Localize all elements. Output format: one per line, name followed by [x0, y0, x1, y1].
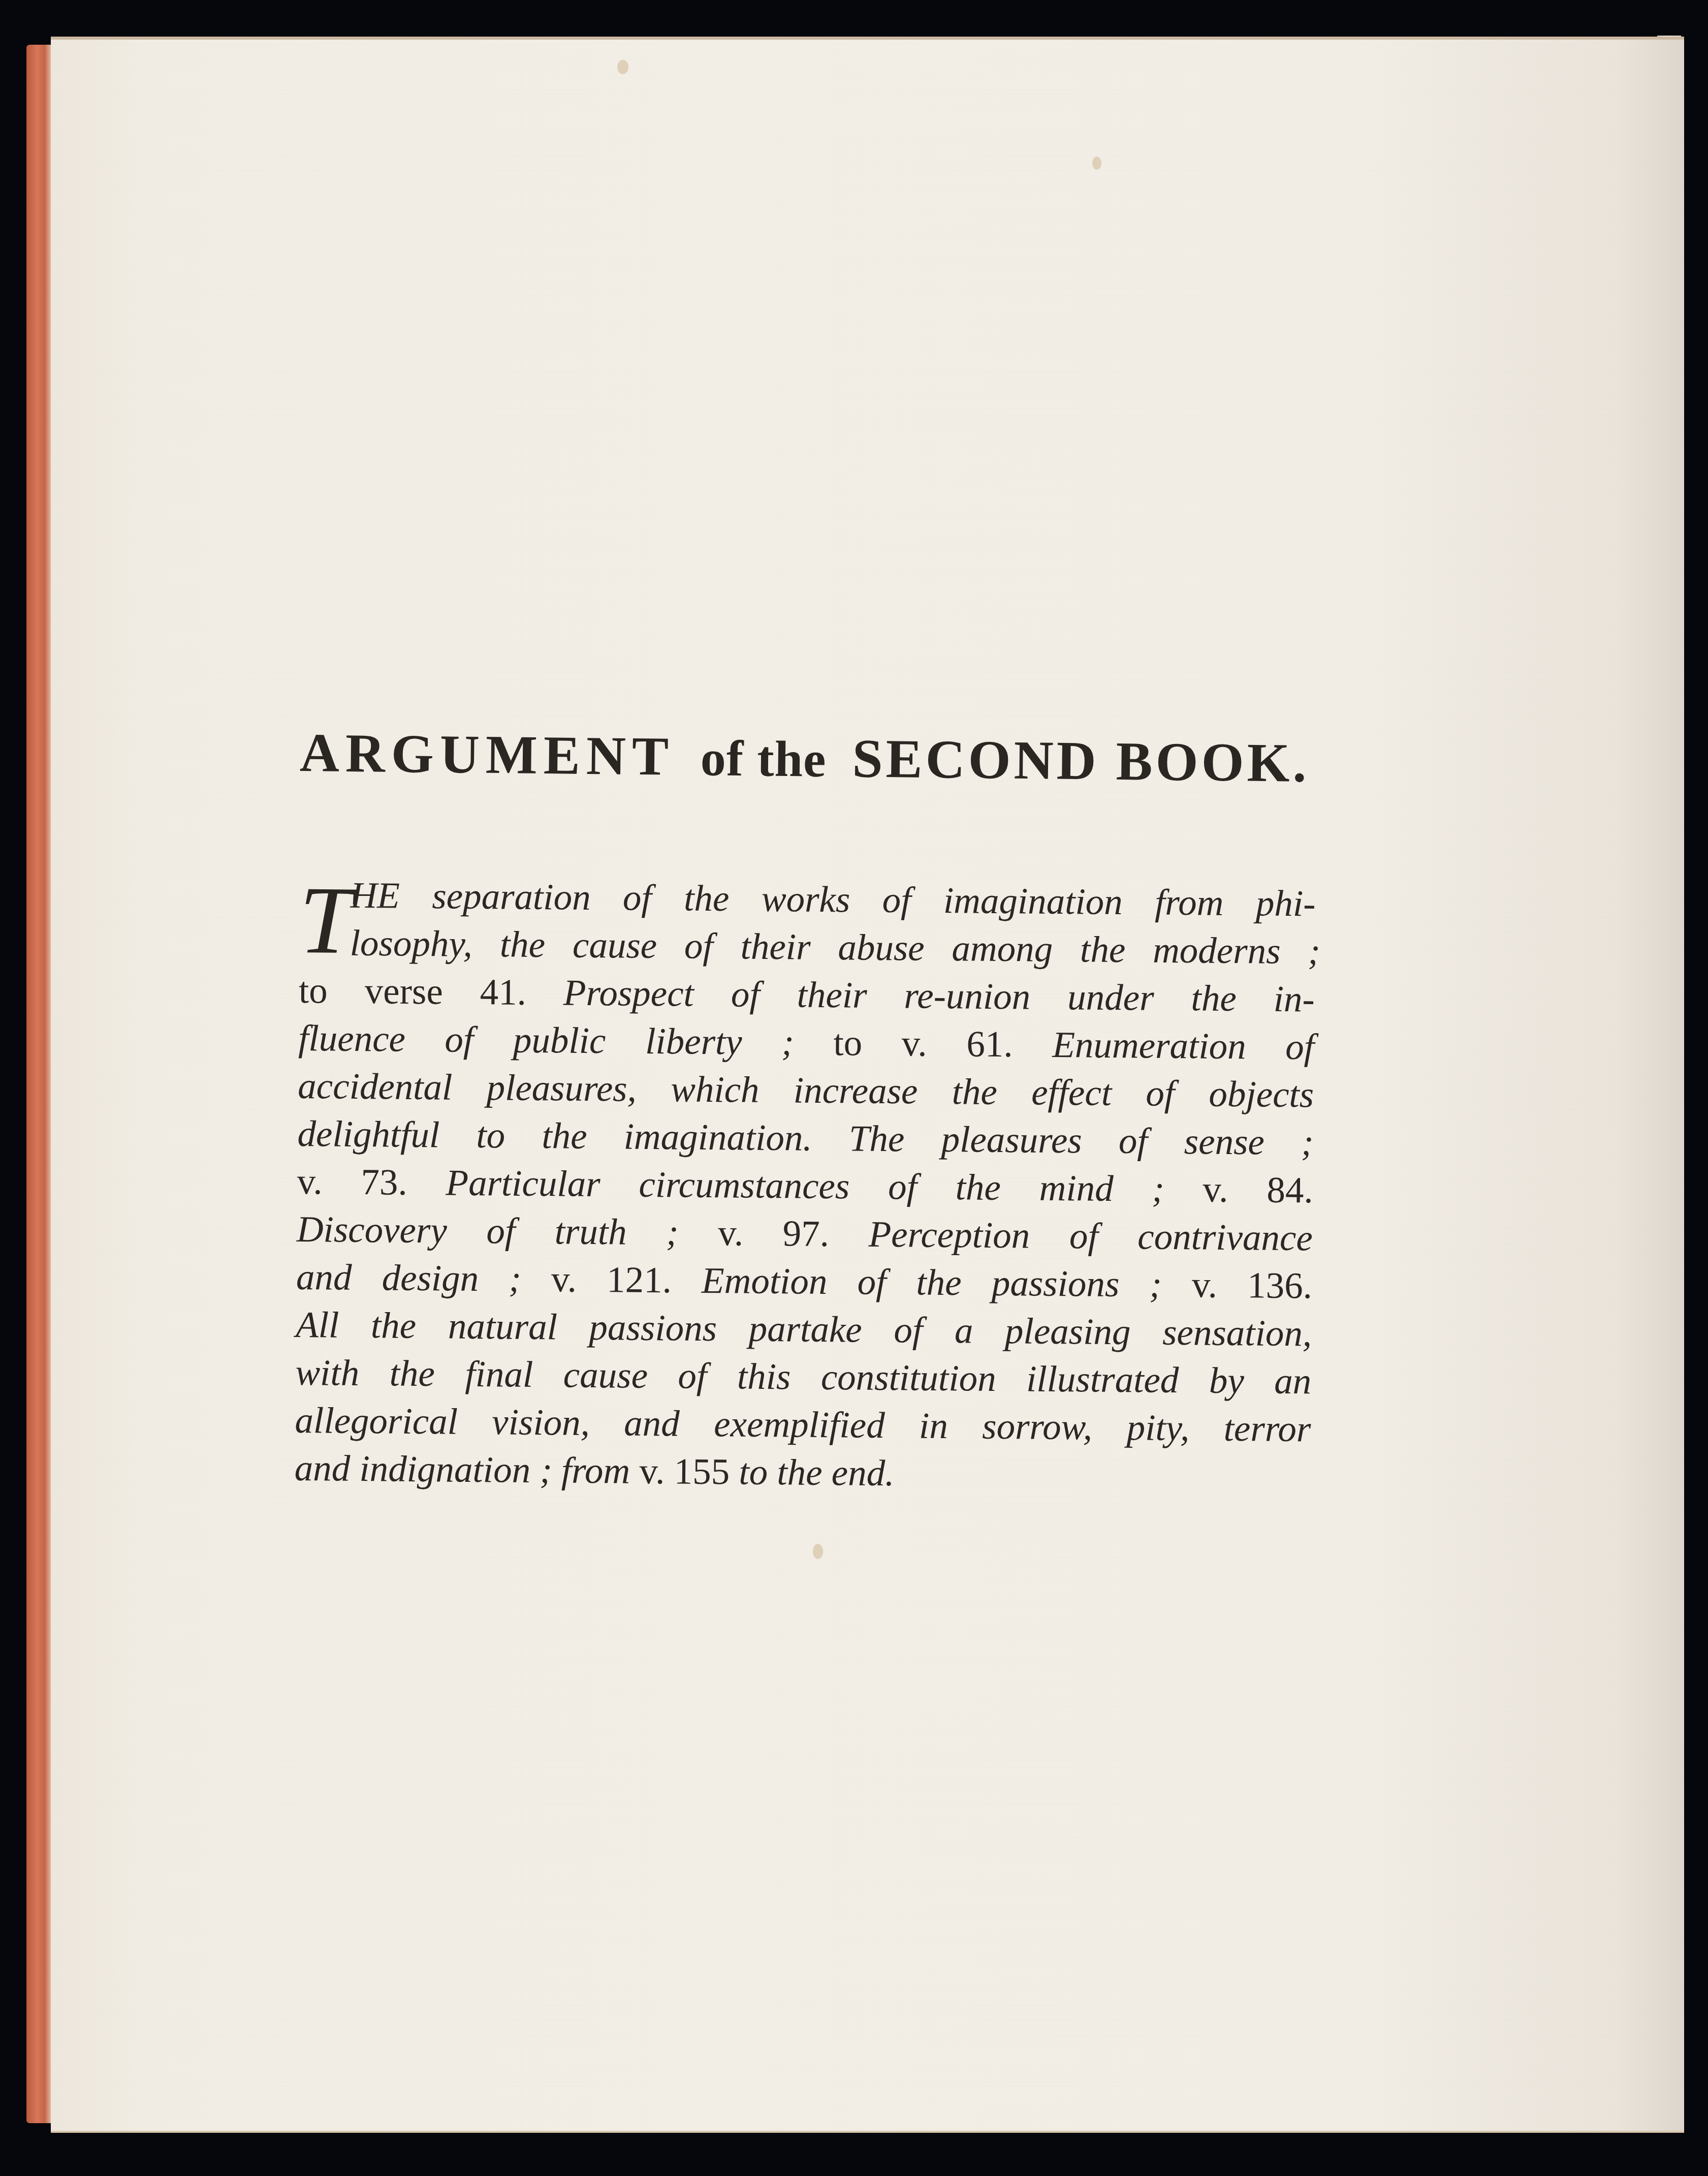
text-line: HE separation of the works of imaginatio…	[350, 872, 1316, 928]
argument-paragraph: T HE separation of the works of imaginat…	[294, 871, 1372, 1501]
text-line: and indignation ; from v. 155 to the end…	[294, 1444, 1311, 1501]
paper-stain	[1092, 157, 1101, 170]
drop-cap: T	[299, 877, 353, 964]
text-line: v. 73. Particular circumstances of the m…	[297, 1158, 1313, 1214]
text-line: to verse 41. Prospect of their re-union …	[299, 967, 1315, 1023]
heading-of-the: of the	[700, 730, 827, 788]
text-line: All the natural passions partake of a pl…	[296, 1301, 1312, 1357]
heading-argument: ARGUMENT	[299, 723, 675, 787]
text-line: Discovery of truth ; v. 97. Perception o…	[296, 1205, 1313, 1262]
heading-second-book: SECOND BOOK.	[852, 728, 1310, 793]
text-line: and design ; v. 121. Emotion of the pass…	[296, 1253, 1313, 1310]
text-line: allegorical vision, and exemplified in s…	[295, 1396, 1311, 1453]
paper-stain	[813, 1544, 823, 1559]
text-line: fluence of public liberty ; to v. 61. En…	[298, 1014, 1315, 1071]
page-heading: ARGUMENT of the SECOND BOOK.	[299, 722, 1372, 796]
text-line: losophy, the cause of their abuse among …	[350, 919, 1320, 976]
text-line: with the final cause of this constitutio…	[295, 1349, 1312, 1405]
argument-block: ARGUMENT of the SECOND BOOK. T HE separa…	[300, 722, 1372, 1492]
text-line: delightful to the imagination. The pleas…	[297, 1110, 1314, 1166]
text-line: accidental pleasures, which increase the…	[298, 1062, 1314, 1118]
paper-stain	[617, 60, 628, 74]
